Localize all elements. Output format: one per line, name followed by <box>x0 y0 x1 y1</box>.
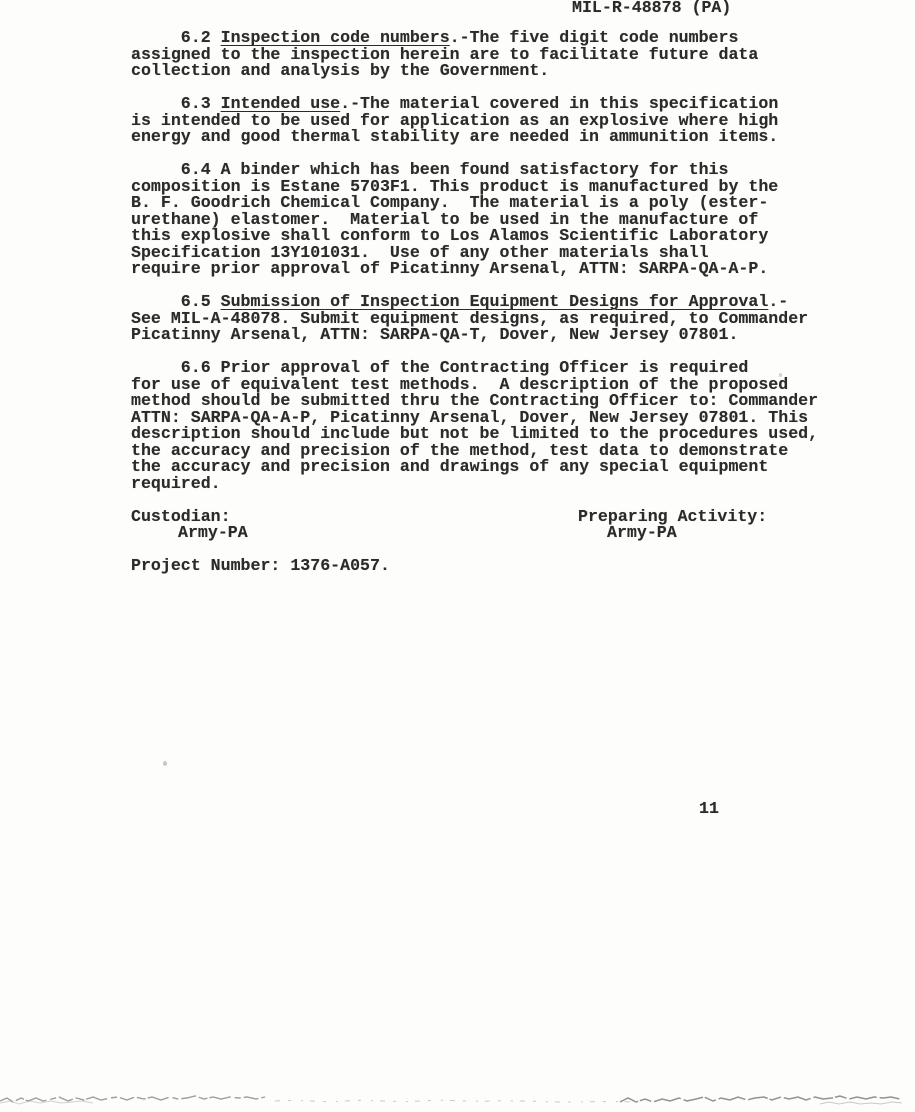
preparing-activity-value: Army-PA <box>578 525 767 542</box>
footer-activities: Custodian: Army-PA Preparing Activity: A… <box>131 509 851 542</box>
page-number: 11 <box>699 801 719 818</box>
project-number: Project Number: 1376-A057. <box>131 558 851 575</box>
text-line: Picatinny Arsenal, ATTN: SARPA-QA-T, Dov… <box>131 327 851 344</box>
section-6-5: 6.5 Submission of Inspection Equipment D… <box>131 294 851 344</box>
text-line: collection and analysis by the Governmen… <box>131 63 851 80</box>
text-line: require prior approval of Picatinny Arse… <box>131 261 851 278</box>
text-line: energy and good thermal stability are ne… <box>131 129 851 146</box>
preparing-activity-block: Preparing Activity: Army-PA <box>578 509 767 542</box>
document-id: MIL-R-48878 (PA) <box>572 0 731 17</box>
section-6-4: 6.4 A binder which has been found satisf… <box>131 162 851 278</box>
document-body: 6.2 Inspection code numbers.-The five di… <box>131 30 851 575</box>
scanned-page-edge-artifact <box>0 1092 915 1108</box>
scan-speck <box>779 373 782 377</box>
scan-speck <box>375 163 378 166</box>
text-line: required. <box>131 476 851 493</box>
scan-speck <box>163 761 167 766</box>
section-6-6: 6.6 Prior approval of the Contracting Of… <box>131 360 851 492</box>
section-6-3: 6.3 Intended use.-The material covered i… <box>131 96 851 146</box>
text-line: the accuracy and precision and drawings … <box>131 459 851 476</box>
document-page: MIL-R-48878 (PA) 6.2 Inspection code num… <box>0 0 915 1112</box>
section-6-2: 6.2 Inspection code numbers.-The five di… <box>131 30 851 80</box>
